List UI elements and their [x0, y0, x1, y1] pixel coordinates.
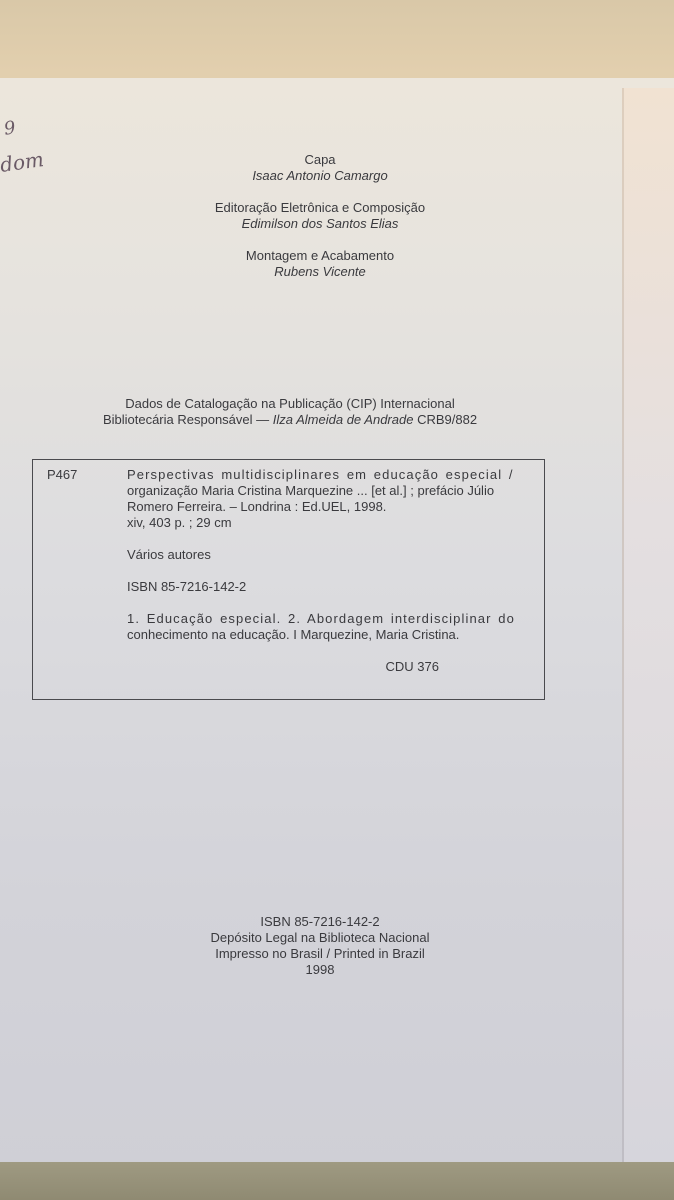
- catalog-isbn: ISBN 85-7216-142-2: [127, 579, 521, 595]
- colophon: ISBN 85-7216-142-2 Depósito Legal na Bib…: [100, 914, 540, 978]
- credit-name: Edimilson dos Santos Elias: [100, 216, 540, 232]
- catalog-title: Perspectivas multidisciplinares em educa…: [127, 467, 521, 483]
- credit-role: Montagem e Acabamento: [100, 248, 540, 264]
- librarian-label: Bibliotecária Responsável —: [103, 412, 269, 427]
- catalog-card: P467 Perspectivas multidisciplinares em …: [32, 459, 545, 700]
- cip-header: Dados de Catalogação na Publicação (CIP)…: [60, 396, 520, 428]
- colophon-deposit: Depósito Legal na Biblioteca Nacional: [100, 930, 540, 946]
- catalog-line: organização Maria Cristina Marquezine ..…: [127, 483, 521, 499]
- cip-heading: Dados de Catalogação na Publicação (CIP)…: [60, 396, 520, 412]
- librarian-name: Ilza Almeida de Andrade: [273, 412, 414, 427]
- credits-block: Capa Isaac Antonio Camargo Editoração El…: [100, 152, 540, 296]
- credit-cover: Capa Isaac Antonio Camargo: [100, 152, 540, 184]
- catalog-line: Romero Ferreira. – Londrina : Ed.UEL, 19…: [127, 499, 521, 515]
- classification-code: P467: [47, 467, 77, 482]
- colophon-isbn: ISBN 85-7216-142-2: [100, 914, 540, 930]
- page-fold-line: [622, 88, 624, 1168]
- table-surface: [0, 1162, 674, 1200]
- catalog-subjects-cont: conhecimento na educação. I Marquezine, …: [127, 627, 521, 643]
- cip-librarian: Bibliotecária Responsável — Ilza Almeida…: [60, 412, 520, 428]
- catalog-subjects: 1. Educação especial. 2. Abordagem inter…: [127, 611, 521, 627]
- credit-typesetting: Editoração Eletrônica e Composição Edimi…: [100, 200, 540, 232]
- credit-name: Rubens Vicente: [100, 264, 540, 280]
- catalog-note: Vários autores: [127, 547, 521, 563]
- credit-finishing: Montagem e Acabamento Rubens Vicente: [100, 248, 540, 280]
- catalog-entry: Perspectivas multidisciplinares em educa…: [127, 467, 521, 675]
- credit-role: Capa: [100, 152, 540, 168]
- credit-name: Isaac Antonio Camargo: [100, 168, 540, 184]
- catalog-line: xiv, 403 p. ; 29 cm: [127, 515, 521, 531]
- colophon-printed: Impresso no Brasil / Printed in Brazil: [100, 946, 540, 962]
- librarian-registration: CRB9/882: [417, 412, 477, 427]
- colophon-year: 1998: [100, 962, 540, 978]
- next-page-edge: [624, 88, 674, 1170]
- credit-role: Editoração Eletrônica e Composição: [100, 200, 540, 216]
- catalog-cdu: CDU 376: [127, 659, 521, 675]
